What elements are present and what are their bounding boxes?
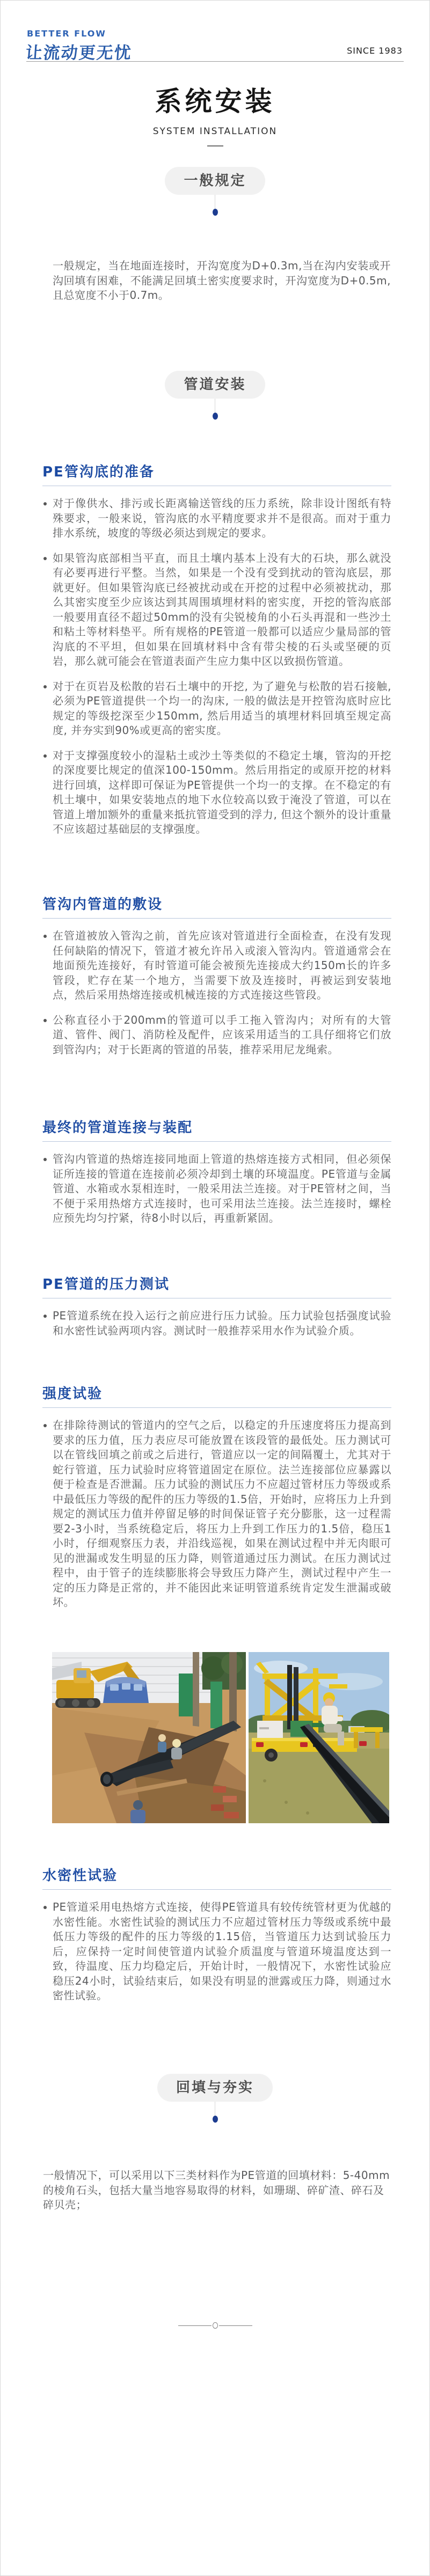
section-underline — [42, 1889, 391, 1890]
connector-line — [215, 399, 215, 413]
section-underline — [42, 1141, 391, 1142]
page-title: 系统安装 — [1, 80, 429, 119]
bullet-item: PE管道采用电热熔方式连接，使得PE管道具有较传统管材更为优越的水密性能。水密性… — [42, 1900, 391, 2003]
section-final-connection: 最终的管道连接与装配 管沟内管道的热熔连接同地面上管道的热熔连接方式相同，但必须… — [42, 1120, 391, 1226]
title-block: 系统安装 SYSTEM INSTALLATION — [1, 80, 429, 146]
bullet-item: 对于像供水、排污或长距离输送管线的压力系统，除非设计图纸有特殊要求，一般来说，管… — [42, 496, 391, 541]
section-pipe-laying: 管沟内管道的敷设 在管道被放入管沟之前，首先应该对管道进行全面检查，在没有发现任… — [42, 897, 391, 1057]
footer-divider — [1, 2322, 429, 2329]
badge-group-general: 一般规定 — [1, 167, 429, 216]
badge-group-backfill: 回填与夯实 — [1, 2074, 429, 2123]
badge-group-pipe-install: 管道安装 — [1, 371, 429, 420]
bullet-item: 公称直径小于200mm的管道可以手工拖入管沟内；对所有的大管道、管件、阀门、消防… — [42, 1013, 391, 1058]
section-strength-test: 强度试验 在排除待测试的管道内的空气之后，以稳定的升压速度将压力提高到要求的压力… — [42, 1386, 391, 1610]
page-subtitle: SYSTEM INSTALLATION — [1, 126, 429, 137]
section-underline — [42, 1298, 391, 1298]
photo-row — [52, 1652, 389, 1823]
footer-circle-icon — [213, 2322, 218, 2329]
bullet-item: PE管道系统在投入运行之前应进行压力试验。压力试验包括强度试验和水密性试验两项内… — [42, 1309, 391, 1338]
section-underline — [42, 918, 391, 919]
connector-dot-icon — [213, 209, 218, 216]
connector-line — [215, 195, 215, 209]
footer-line — [219, 2325, 252, 2326]
since-label: SINCE 1983 — [347, 46, 403, 56]
connector-line — [215, 2102, 215, 2116]
pipe-install-badge: 管道安装 — [165, 371, 265, 399]
title-dash — [207, 145, 223, 146]
footer-line — [178, 2325, 212, 2326]
section-pressure-test: PE管道的压力测试 PE管道系统在投入运行之前应进行压力试验。压力试验包括强度试… — [42, 1276, 391, 1338]
section-trench-bottom-prep: PE管沟底的准备 对于像供水、排污或长距离输送管线的压力系统，除非设计图纸有特殊… — [42, 464, 391, 837]
bullet-item: 如果管沟底部相当平直，而且土壤内基本上没有大的石块，那么就没有必要再进行平整。当… — [42, 551, 391, 669]
section-heading: PE管沟底的准备 — [42, 464, 391, 481]
page: BETTER FLOW 让流动更无忧 SINCE 1983 系统安装 SYSTE… — [0, 0, 430, 2576]
backfill-paragraph: 一般情况下，可以采用以下三类材料作为PE管道的回填材料：5-40mm的棱角石头，… — [43, 2168, 392, 2213]
general-rules-badge: 一般规定 — [165, 167, 265, 195]
header-divider — [26, 61, 404, 62]
bullet-item: 在管道被放入管沟之前，首先应该对管道进行全面检查，在没有发现任何缺陷的情况下，管… — [42, 929, 391, 1003]
section-underline — [42, 1407, 391, 1408]
section-heading: 管沟内管道的敷设 — [42, 897, 391, 913]
section-heading: 强度试验 — [42, 1386, 391, 1403]
connector-dot-icon — [213, 413, 218, 420]
connector-dot-icon — [213, 2116, 218, 2123]
section-heading: 水密性试验 — [42, 1868, 391, 1884]
bullet-item: 对于支撑强度较小的湿粘土或沙土等类似的不稳定土壤，管沟的开挖的深度要比规定的值深… — [42, 748, 391, 837]
section-heading: PE管道的压力测试 — [42, 1276, 391, 1293]
section-heading: 最终的管道连接与装配 — [42, 1120, 391, 1136]
brand-logo: 让流动更无忧 — [25, 39, 133, 63]
backfill-badge: 回填与夯实 — [157, 2074, 273, 2102]
bullet-item: 在排除待测试的管道内的空气之后，以稳定的升压速度将压力提高到要求的压力值，压力表… — [42, 1418, 391, 1610]
bullet-item: 管沟内管道的热熔连接同地面上管道的热熔连接方式相同，但必须保证所连接的管道在连接… — [42, 1152, 391, 1226]
excavator-trench-photo — [52, 1652, 246, 1823]
section-underline — [42, 486, 391, 486]
brand-name: BETTER FLOW — [27, 28, 106, 39]
general-rules-paragraph: 一般规定，当在地面连接时，开沟宽度为D+0.3m,当在沟内安装或开沟回填有困难，… — [53, 259, 391, 303]
section-watertight-test: 水密性试验 PE管道采用电热熔方式连接，使得PE管道具有较传统管材更为优越的水密… — [42, 1868, 391, 2003]
pipe-fusion-machine-photo — [249, 1652, 389, 1823]
bullet-item: 对于在页岩及松散的岩石土壤中的开挖, 为了避免与松散的岩石接触, 必须为PE管道… — [42, 679, 391, 738]
